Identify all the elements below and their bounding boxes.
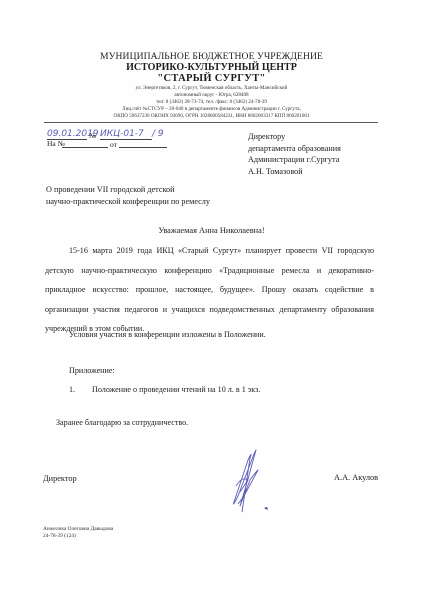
greeting: Уважаемая Анна Николаевна! [0, 226, 423, 235]
reference-number-suffix: / 9 [152, 129, 164, 139]
handwritten-signature [220, 446, 270, 516]
appendix-item-number: 1. [69, 385, 75, 394]
body-paragraph: 15-16 марта 2019 года ИКЦ «Старый Сургут… [45, 241, 374, 339]
contact-phone: 24-78-39 (124) [43, 533, 113, 540]
reply-to-blank [62, 147, 108, 148]
closing-text: Заранее благодарю за сотрудничество. [56, 418, 188, 427]
contact-block: Анжелика Олеговна Давыдова 24-78-39 (124… [43, 526, 113, 540]
letterhead-phones: тел: 8 (3462) 28-73-74, тел. /факс: 8 (3… [0, 99, 423, 105]
signatory-title: Директор [43, 474, 77, 483]
appendix-label: Приложение: [69, 366, 115, 375]
appendix-item-text: Положение о проведении чтений на 10 л. в… [92, 385, 260, 394]
addressee-block: Директору департамента образования Админ… [248, 131, 341, 178]
addressee-line: Администрации г.Сургута [248, 154, 341, 166]
subject-block: О проведении VII городской детской научн… [46, 184, 210, 207]
addressee-line: А.Н. Томазовой [248, 166, 341, 178]
body-paragraph-text: 15-16 марта 2019 года ИКЦ «Старый Сургут… [45, 246, 374, 333]
letterhead-divider [44, 122, 378, 123]
conditions-text: Условия участия в конференции изложены в… [69, 330, 266, 339]
subject-line: О проведении VII городской детской [46, 184, 210, 196]
letterhead-address-1: ул. Энергетиков, 2, г. Сургут, Тюменская… [0, 85, 423, 91]
addressee-line: Директору [248, 131, 341, 143]
letterhead-address-2: автономный округ - Югра, 628408 [0, 92, 423, 98]
addressee-line: департамента образования [248, 143, 341, 155]
letter-page: МУНИЦИПАЛЬНОЕ БЮДЖЕТНОЕ УЧРЕЖДЕНИЕ ИСТОР… [0, 0, 423, 598]
letterhead-account: Лиц.счёт №СТСУР – 20-040 в департаменте … [0, 106, 423, 112]
letterhead-org-name: ИСТОРИКО-КУЛЬТУРНЫЙ ЦЕНТР [0, 62, 423, 73]
reply-from-label: от [110, 140, 117, 149]
subject-line: научно-практической конференции по ремес… [46, 196, 210, 208]
letterhead-codes: ОКПО 59637230 ОКОНХ 93690, ОГРН 10286005… [0, 113, 423, 119]
contact-name: Анжелика Олеговна Давыдова [43, 526, 113, 533]
letterhead-org-type: МУНИЦИПАЛЬНОЕ БЮДЖЕТНОЕ УЧРЕЖДЕНИЕ [0, 51, 423, 62]
reference-number: ИКЦ-01-7 [100, 129, 152, 140]
reference-number-label: № [89, 131, 96, 140]
letterhead-org-title: "СТАРЫЙ СУРГУТ" [0, 73, 423, 84]
signatory-name: А.А. Акулов [334, 473, 378, 482]
reply-from-blank [119, 147, 167, 148]
